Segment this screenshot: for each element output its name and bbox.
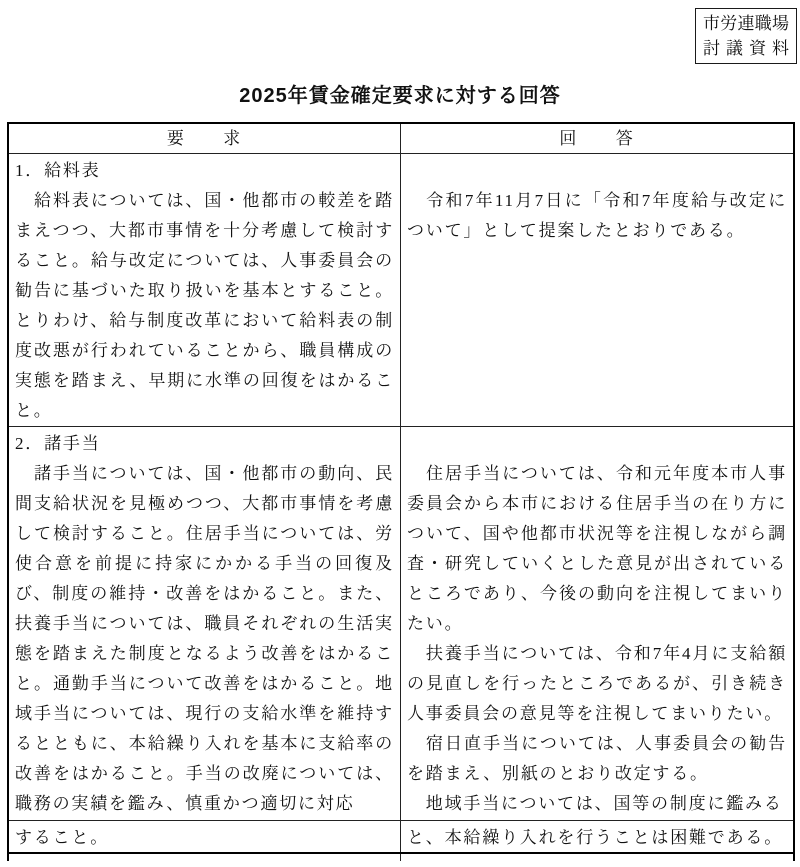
answer-cell-next-partial: [401, 854, 793, 861]
corner-label-line2: 討議資料: [703, 36, 789, 61]
requirement-cell-salary: 1．給料表 給料表については、国・他都市の較差を踏まえつつ、大都市事情を十分考慮…: [9, 154, 401, 426]
requirement-cell-continuation: すること。: [9, 821, 401, 852]
table-row-next-partial: [9, 854, 793, 861]
corner-label-box: 市労連職場 討議資料: [695, 8, 797, 64]
page-title: 2025年賃金確定要求に対する回答: [0, 79, 800, 108]
table-row-continuation: すること。 と、本給繰り入れを行うことは困難である。: [9, 821, 793, 854]
answer-cell-allowances: 住居手当については、令和元年度本市人事委員会から本市における住居手当の在り方につ…: [401, 427, 793, 820]
corner-label-line1: 市労連職場: [703, 11, 789, 36]
qa-table: 要 求 回 答 1．給料表 給料表については、国・他都市の較差を踏まえつつ、大都…: [7, 122, 795, 861]
table-header-row: 要 求 回 答: [9, 124, 793, 154]
requirement-cell-next-partial: [9, 854, 401, 861]
table-row-salary: 1．給料表 給料表については、国・他都市の較差を踏まえつつ、大都市事情を十分考慮…: [9, 154, 793, 427]
table-row-allowances: 2．諸手当 諸手当については、国・他都市の動向、民間支給状況を見極めつつ、大都市…: [9, 427, 793, 821]
document-page: 市労連職場 討議資料 2025年賃金確定要求に対する回答 要 求 回 答 1．給…: [0, 0, 800, 867]
requirement-cell-allowances: 2．諸手当 諸手当については、国・他都市の動向、民間支給状況を見極めつつ、大都市…: [9, 427, 401, 820]
column-header-answer: 回 答: [401, 124, 793, 153]
column-header-requirement: 要 求: [9, 124, 401, 153]
answer-cell-salary: 令和7年11月7日に「令和7年度給与改定について」として提案したとおりである。: [401, 154, 793, 426]
answer-cell-continuation: と、本給繰り入れを行うことは困難である。: [401, 821, 793, 852]
